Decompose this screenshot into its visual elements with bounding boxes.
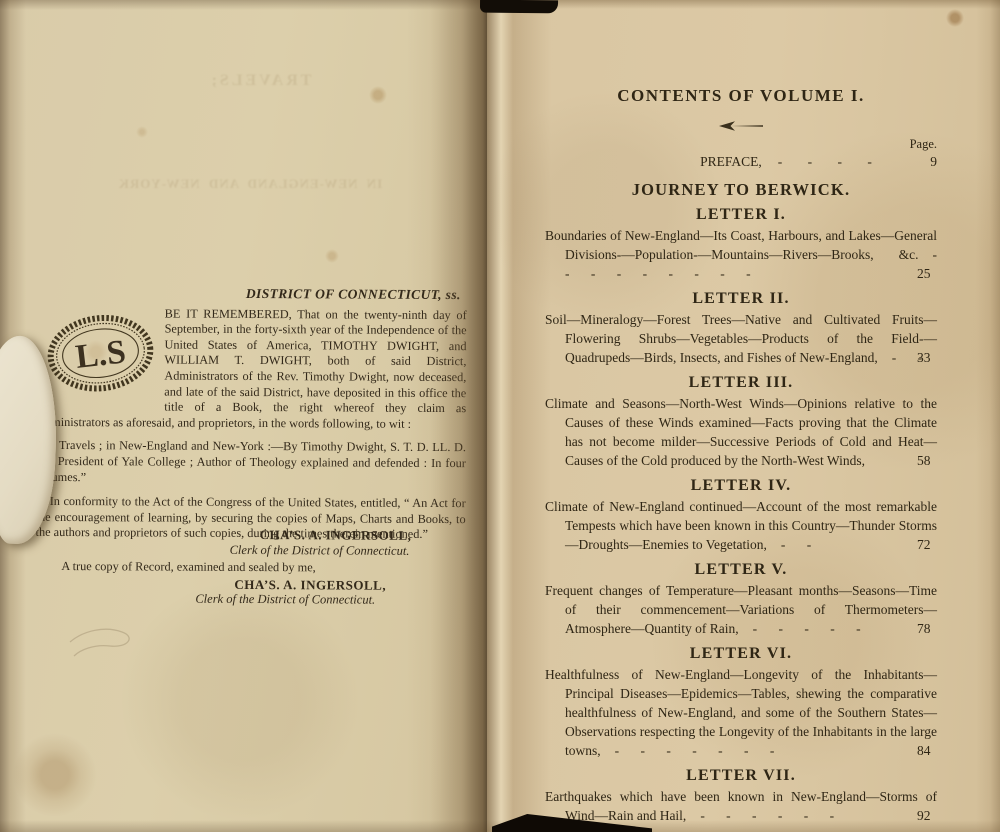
district-heading: DISTRICT OF CONNECTICUT, ss. (37, 285, 467, 303)
clerk-title-1: Clerk of the District of Connecticut. (35, 541, 465, 559)
contents-page-text: CONTENTS OF VOLUME I. Page. PREFACE,- - … (545, 86, 937, 825)
entry-text: Boundaries of New-England—Its Coast, Har… (545, 228, 937, 262)
letter-1-heading: LETTER I. (545, 205, 937, 224)
copyright-page-text: DISTRICT OF CONNECTICUT, ss. L.S BE IT R… (35, 285, 467, 609)
ghost-showthrough-title: TRAVELS; (150, 72, 370, 90)
book-title-quote: “ Travels ; in New-England and New-York … (36, 438, 466, 487)
entry-leader: - - (878, 350, 922, 365)
preface-row: PREFACE,- - - - 9 (545, 152, 937, 171)
entry-text: Climate of New-England continued—Account… (545, 499, 937, 552)
gutter-shadow (430, 0, 487, 832)
letter-7-heading: LETTER VII. (545, 766, 937, 785)
letter-6-heading: LETTER VI. (545, 644, 937, 663)
letter-5-entry: Frequent changes of Temperature—Pleasant… (545, 581, 937, 638)
letter-6-entry: Healthfulness of New-England—Longevity o… (545, 665, 937, 760)
pencil-mark (66, 612, 156, 660)
book-spread: TRAVELS; IN NEW-ENGLAND AND NEW-YORK DIS… (0, 0, 1000, 832)
letter-4-entry: Climate of New-England continued—Account… (545, 497, 937, 554)
letter-5-heading: LETTER V. (545, 560, 937, 579)
entry-leader: - - - - - (739, 621, 861, 636)
ghost-showthrough-subtitle: IN NEW-ENGLAND AND NEW-YORK (60, 176, 440, 192)
right-page: CONTENTS OF VOLUME I. Page. PREFACE,- - … (487, 0, 1000, 832)
entry-leader: - - - - - - - (601, 743, 775, 758)
letter-7-entry: Earthquakes which have been known in New… (545, 787, 937, 825)
entry-leader: - - - - - - (686, 808, 834, 823)
letter-3-heading: LETTER III. (545, 373, 937, 392)
preface-leader: - - - - (762, 154, 872, 169)
letter-1-entry: Boundaries of New-England—Its Coast, Har… (545, 226, 937, 283)
letter-2-heading: LETTER II. (545, 289, 937, 308)
seal-text: L.S (74, 333, 128, 376)
attestation-line: A true copy of Record, examined and seal… (35, 559, 465, 577)
clerk-title-2: Clerk of the District of Connecticut. (35, 591, 465, 609)
entry-leader: - - (767, 537, 811, 552)
entry-leader (865, 453, 879, 468)
letter-4-heading: LETTER IV. (545, 476, 937, 495)
copyright-paragraph: L.S BE IT REMEMBERED, That on the twenty… (36, 305, 467, 432)
notary-seal-icon: L.S (44, 308, 158, 401)
arrow-ornament-icon (545, 119, 937, 137)
contents-title: CONTENTS OF VOLUME I. (545, 86, 937, 105)
preface-page-number: 9 (930, 152, 937, 171)
left-page: TRAVELS; IN NEW-ENGLAND AND NEW-YORK DIS… (0, 0, 487, 832)
page-column-label: Page. (545, 137, 937, 151)
letter-2-entry: Soil—Mineralogy—Forest Trees—Native and … (545, 310, 937, 367)
letter-3-entry: Climate and Seasons—North-West Winds—Opi… (545, 394, 937, 470)
preface-label: PREFACE, (700, 154, 762, 169)
section-heading-journey-to-berwick: JOURNEY TO BERWICK. (545, 180, 937, 199)
binding-gap-top (480, 0, 558, 13)
